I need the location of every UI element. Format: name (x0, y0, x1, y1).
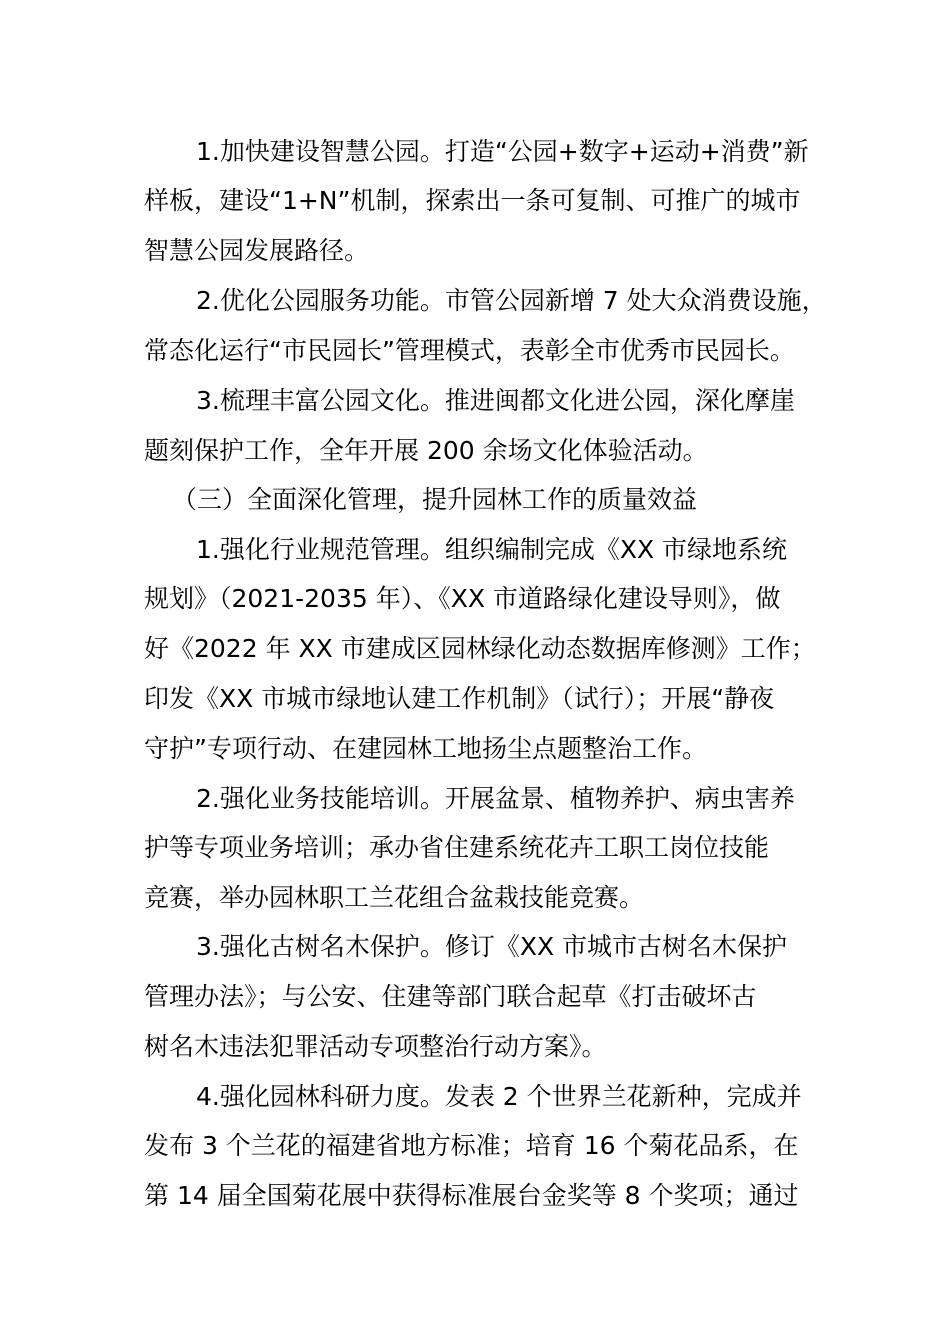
paragraph-line: 第 14 届全国菊花展中获得标准展台金奖等 8 个奖项；通过 (144, 1181, 799, 1211)
paragraph-line: 管理办法》；与公安、住建等部门联合起草《打击破坏古 (144, 982, 757, 1012)
paragraph-line: 发布 3 个兰花的福建省地方标准；培育 16 个菊花品系，在 (144, 1131, 799, 1161)
paragraph-line: 1.加快建设智慧公园。打造“公园+数字+运动+消费”新 (196, 137, 809, 167)
paragraph-line: 3.强化古树名木保护。修订《XX 市城市古树名木保护 (196, 932, 787, 962)
paragraph-line: 守护”专项行动、在建园林工地扬尘点题整治工作。 (144, 734, 707, 764)
paragraph-line: 护等专项业务培训；承办省住建系统花卉工职工岗位技能 (144, 833, 769, 863)
paragraph-line: 3.梳理丰富公园文化。推进闽都文化进公园，深化摩崖 (196, 386, 795, 416)
paragraph-line: 竞赛，举办园林职工兰花组合盆栽技能竞赛。 (144, 883, 644, 913)
section-heading: （三）全面深化管理，提升园林工作的质量效益 (172, 485, 697, 515)
document-page: 1.加快建设智慧公园。打造“公园+数字+运动+消费”新 样板，建设“1+N”机制… (0, 0, 950, 1344)
paragraph-line: 好《2022 年 XX 市建成区园林绿化动态数据库修测》工作； (144, 634, 816, 664)
paragraph-line: 题刻保护工作，全年开展 200 余场文化体验活动。 (144, 436, 708, 466)
paragraph-line: 规划》（2021-2035 年）、《XX 市道路绿化建设导则》，做 (144, 584, 780, 614)
paragraph-line: 常态化运行“市民园长”管理模式，表彰全市优秀市民园长。 (144, 336, 795, 366)
paragraph-line: 2.强化业务技能培训。开展盆景、植物养护、病虫害养 (196, 784, 795, 814)
paragraph-line: 2.优化公园服务功能。市管公园新增 7 处大众消费设施， (196, 286, 827, 316)
paragraph-line: 样板，建设“1+N”机制，探索出一条可复制、可推广的城市 (144, 186, 800, 216)
paragraph-line: 1.强化行业规范管理。组织编制完成《XX 市绿地系统 (196, 535, 787, 565)
paragraph-line: 树名木违法犯罪活动专项整治行动方案》。 (144, 1032, 607, 1062)
paragraph-line: 印发《XX 市城市绿地认建工作机制》（试行）；开展“静夜 (144, 684, 774, 714)
paragraph-line: 4.强化园林科研力度。发表 2 个世界兰花新种，完成并 (196, 1082, 802, 1112)
paragraph-line: 智慧公园发展路径。 (144, 236, 369, 266)
